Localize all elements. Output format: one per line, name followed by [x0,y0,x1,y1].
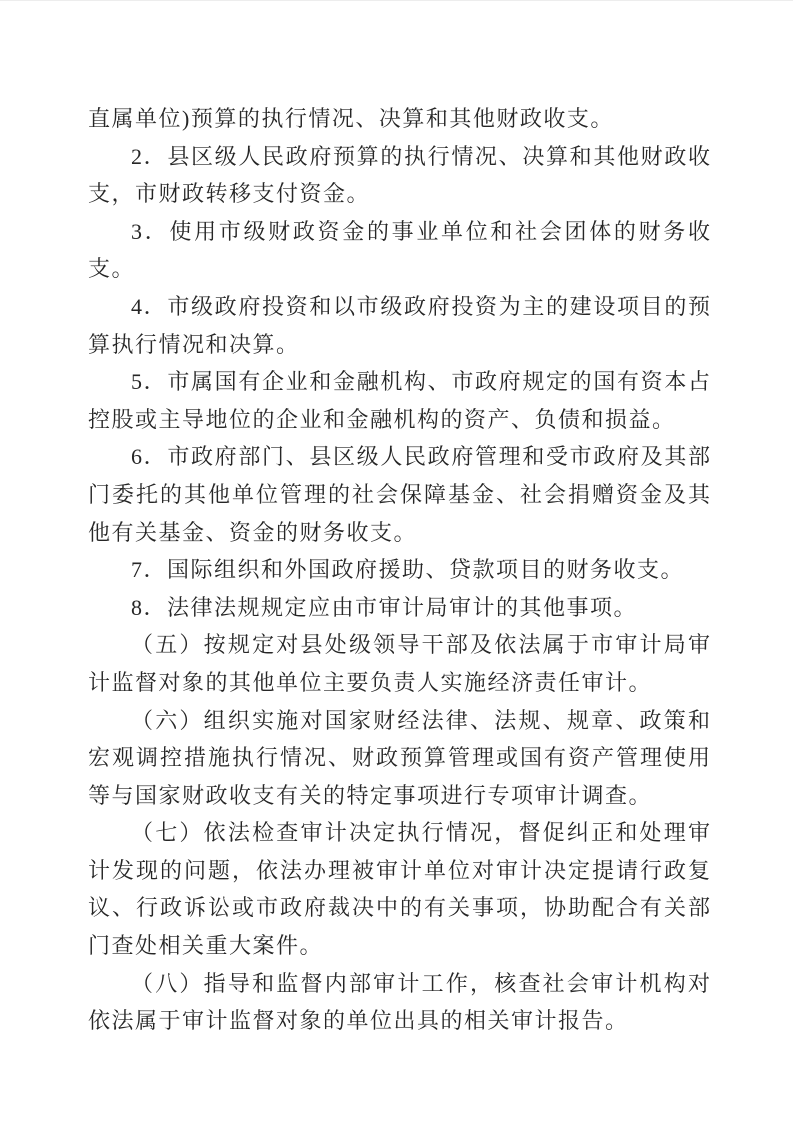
text-line: 直属单位)预算的执行情况、决算和其他财政收支。 [88,100,710,138]
text-line: 6．市政府部门、县区级人民政府管理和受市政府及其部 [88,438,710,476]
text-line: （六）组织实施对国家财经法律、法规、规章、政策和 [88,702,710,740]
text-line: 支，市财政转移支付资金。 [88,175,710,213]
text-line: 门查处相关重大案件。 [88,927,710,965]
text-line: 依法属于审计监督对象的单位出具的相关审计报告。 [88,1002,710,1040]
text-line: 他有关基金、资金的财务收支。 [88,514,710,552]
text-line: （五）按规定对县处级领导干部及依法属于市审计局审 [88,626,710,664]
text-line: 3．使用市级财政资金的事业单位和社会团体的财务收 [88,213,710,251]
text-line: 7．国际组织和外国政府援助、贷款项目的财务收支。 [88,551,710,589]
text-line: 8．法律法规规定应由市审计局审计的其他事项。 [88,589,710,627]
document-page: 直属单位)预算的执行情况、决算和其他财政收支。2．县区级人民政府预算的执行情况、… [0,0,793,1123]
text-line: 宏观调控措施执行情况、财政预算管理或国有资产管理使用 [88,739,710,777]
text-line: 等与国家财政收支有关的特定事项进行专项审计调查。 [88,777,710,815]
text-line: （七）依法检查审计决定执行情况，督促纠正和处理审 [88,814,710,852]
text-line: 4．市级政府投资和以市级政府投资为主的建设项目的预 [88,288,710,326]
text-line: 2．县区级人民政府预算的执行情况、决算和其他财政收 [88,138,710,176]
text-line: 控股或主导地位的企业和金融机构的资产、负债和损益。 [88,401,710,439]
text-line: 门委托的其他单位管理的社会保障基金、社会捐赠资金及其 [88,476,710,514]
document-body: 直属单位)预算的执行情况、决算和其他财政收支。2．县区级人民政府预算的执行情况、… [88,100,710,1040]
text-line: 支。 [88,250,710,288]
text-line: 议、行政诉讼或市政府裁决中的有关事项，协助配合有关部 [88,889,710,927]
text-line: 计发现的问题，依法办理被审计单位对审计决定提请行政复 [88,852,710,890]
text-line: （八）指导和监督内部审计工作，核查社会审计机构对 [88,965,710,1003]
text-line: 计监督对象的其他单位主要负责人实施经济责任审计。 [88,664,710,702]
text-line: 5．市属国有企业和金融机构、市政府规定的国有资本占 [88,363,710,401]
text-line: 算执行情况和决算。 [88,326,710,364]
